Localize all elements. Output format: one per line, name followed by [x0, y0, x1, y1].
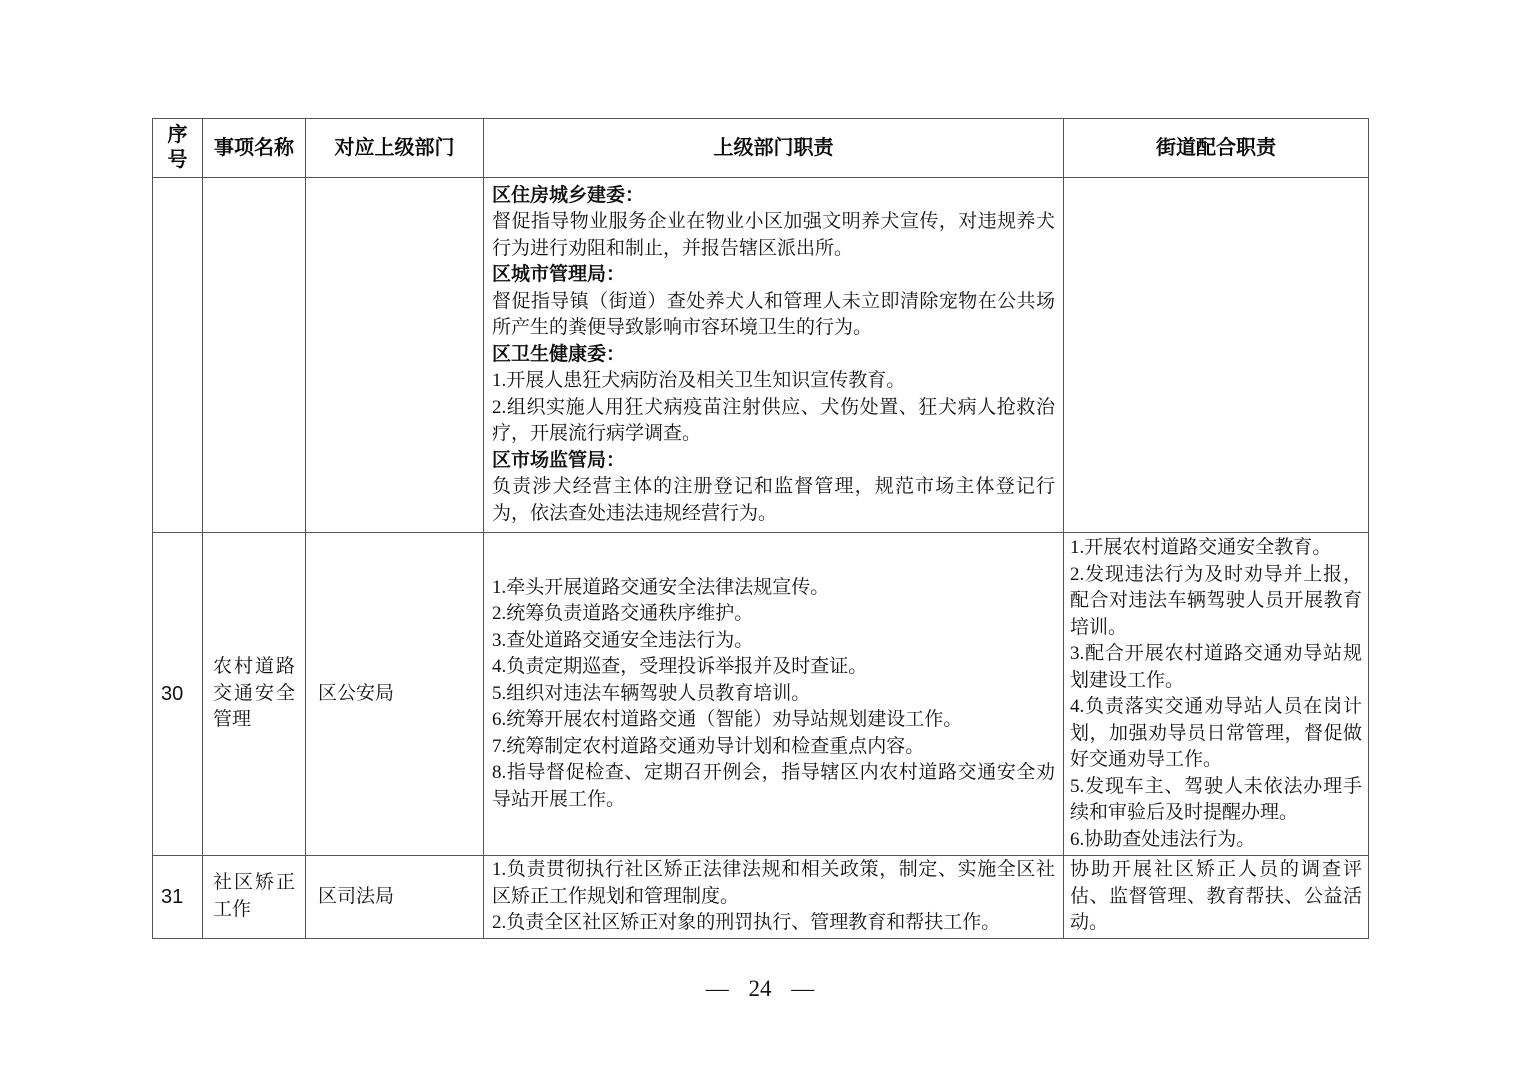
cell-text: 3.配合开展农村道路交通劝导站规划建设工作。	[1070, 641, 1362, 694]
superior-duties-cell: 1.牵头开展道路交通安全法律法规宣传。2.统筹负责道路交通秩序维护。3.查处道路…	[484, 533, 1064, 856]
street-duties-cell: 协助开展社区矫正人员的调查评估、监督管理、教育帮扶、公益活动。	[1064, 856, 1369, 939]
cell-text: 2.组织实施人用狂犬病疫苗注射供应、犬伤处置、狂犬病人抢救治疗，开展流行病学调查…	[492, 395, 1055, 448]
cell-text: 督促指导镇（街道）查处养犬人和管理人未立即清除宠物在公共场所产生的粪便导致影响市…	[492, 289, 1055, 342]
cell-text: 5.发现车主、驾驶人未依法办理手续和审验后及时提醒办理。	[1070, 774, 1362, 827]
table-row: 31社区矫正工作区司法局1.负责贯彻执行社区矫正法律法规和相关政策，制定、实施全…	[153, 856, 1369, 939]
street-duties-cell: 1.开展农村道路交通安全教育。2.发现违法行为及时劝导并上报，配合对违法车辆驾驶…	[1064, 533, 1369, 856]
superior-dept-cell: 区公安局	[306, 533, 484, 856]
superior-dept-cell	[306, 178, 484, 533]
cell-text: 6.统筹开展农村道路交通（智能）劝导站规划建设工作。	[492, 707, 1055, 734]
table-body: 区住房城乡建委：督促指导物业服务企业在物业小区加强文明养犬宣传，对违规养犬行为进…	[153, 178, 1369, 939]
cell-text: 1.负责贯彻执行社区矫正法律法规和相关政策，制定、实施全区社区矫正工作规划和管理…	[492, 857, 1055, 910]
duty-heading: 区住房城乡建委：	[492, 183, 1055, 210]
cell-text: 区公安局	[318, 681, 471, 708]
header-superior-dept: 对应上级部门	[306, 119, 484, 178]
cell-text: 8.指导督促检查、定期召开例会，指导辖区内农村道路交通安全劝导站开展工作。	[492, 760, 1055, 813]
table-header-row: 序号 事项名称 对应上级部门 上级部门职责 街道配合职责	[153, 119, 1369, 178]
cell-text: 5.组织对违法车辆驾驶人员教育培训。	[492, 681, 1055, 708]
street-duties-cell	[1064, 178, 1369, 533]
header-seq: 序号	[153, 119, 203, 178]
cell-text: 负责涉犬经营主体的注册登记和监督管理，规范市场主体登记行为，依法查处违法违规经营…	[492, 474, 1055, 527]
item-name-cell	[203, 178, 306, 533]
cell-text: 2.发现违法行为及时劝导并上报，配合对违法车辆驾驶人员开展教育培训。	[1070, 562, 1362, 642]
cell-text: 31	[161, 884, 194, 911]
cell-text: 7.统筹制定农村道路交通劝导计划和检查重点内容。	[492, 734, 1055, 761]
cell-text: 1.开展农村道路交通安全教育。	[1070, 535, 1362, 562]
header-superior-duties: 上级部门职责	[484, 119, 1064, 178]
document-page: 序号 事项名称 对应上级部门 上级部门职责 街道配合职责 区住房城乡建委：督促指…	[0, 0, 1520, 1074]
cell-text: 3.查处道路交通安全违法行为。	[492, 628, 1055, 655]
cell-text: 4.负责落实交通劝导站人员在岗计划，加强劝导员日常管理，督促做好交通劝导工作。	[1070, 694, 1362, 774]
cell-text: 6.协助查处违法行为。	[1070, 827, 1362, 854]
header-street-duties: 街道配合职责	[1064, 119, 1369, 178]
cell-text: 1.牵头开展道路交通安全法律法规宣传。	[492, 575, 1055, 602]
table-row: 区住房城乡建委：督促指导物业服务企业在物业小区加强文明养犬宣传，对违规养犬行为进…	[153, 178, 1369, 533]
cell-text: 督促指导物业服务企业在物业小区加强文明养犬宣传，对违规养犬行为进行劝阻和制止，并…	[492, 209, 1055, 262]
superior-duties-cell: 1.负责贯彻执行社区矫正法律法规和相关政策，制定、实施全区社区矫正工作规划和管理…	[484, 856, 1064, 939]
item-name-cell: 农村道路交通安全管理	[203, 533, 306, 856]
duty-heading: 区卫生健康委：	[492, 342, 1055, 369]
cell-text: 30	[161, 681, 194, 708]
superior-duties-cell: 区住房城乡建委：督促指导物业服务企业在物业小区加强文明养犬宣传，对违规养犬行为进…	[484, 178, 1064, 533]
superior-dept-cell: 区司法局	[306, 856, 484, 939]
table-row: 30农村道路交通安全管理区公安局1.牵头开展道路交通安全法律法规宣传。2.统筹负…	[153, 533, 1369, 856]
seq-cell: 30	[153, 533, 203, 856]
seq-cell	[153, 178, 203, 533]
cell-text: 区司法局	[318, 884, 471, 911]
page-number: — 24 —	[0, 974, 1520, 1004]
duties-table: 序号 事项名称 对应上级部门 上级部门职责 街道配合职责 区住房城乡建委：督促指…	[152, 118, 1369, 939]
header-item-name: 事项名称	[203, 119, 306, 178]
duty-heading: 区城市管理局：	[492, 262, 1055, 289]
item-name-cell: 社区矫正工作	[203, 856, 306, 939]
cell-text: 1.开展人患狂犬病防治及相关卫生知识宣传教育。	[492, 368, 1055, 395]
cell-text: 协助开展社区矫正人员的调查评估、监督管理、教育帮扶、公益活动。	[1070, 857, 1362, 937]
cell-text: 2.负责全区社区矫正对象的刑罚执行、管理教育和帮扶工作。	[492, 910, 1055, 937]
seq-cell: 31	[153, 856, 203, 939]
cell-text: 4.负责定期巡查，受理投诉举报并及时查证。	[492, 654, 1055, 681]
cell-text: 社区矫正工作	[213, 870, 295, 923]
cell-text: 农村道路交通安全管理	[213, 654, 295, 734]
duty-heading: 区市场监管局：	[492, 448, 1055, 475]
cell-text: 2.统筹负责道路交通秩序维护。	[492, 601, 1055, 628]
